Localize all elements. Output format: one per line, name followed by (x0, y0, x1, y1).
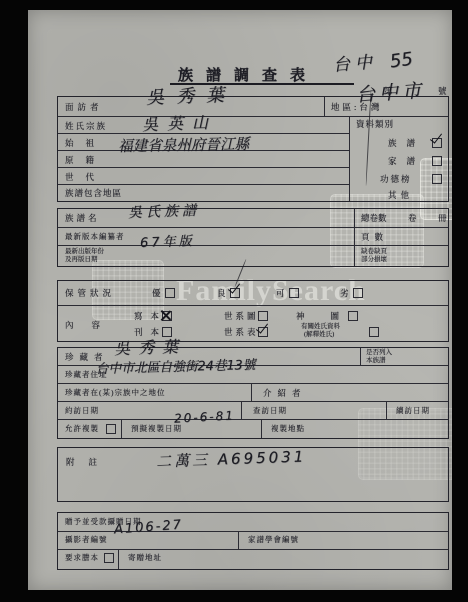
checkbox-icon (104, 553, 114, 563)
surname-info-label-line2: (解釋姓氏) (304, 332, 334, 339)
society-number-label: 家譜學會編號 (248, 536, 299, 544)
surname-info-label-line1: 有關姓氏資料 (301, 324, 340, 331)
origin-label: 原籍 (65, 156, 106, 165)
publication-label-line1: 最新出版年份 (65, 249, 104, 256)
mailing-address-label: 寄贈地址 (128, 554, 162, 562)
genealogy-name-handwritten: 吳氏族譜 (128, 204, 200, 221)
owner-address-handwritten: 台中市北區自強街24巷13號 (95, 359, 255, 376)
publication-label-line2: 及再版日期 (65, 257, 98, 264)
interviewer-handwritten: 吳秀葉 (146, 86, 237, 107)
unit-book-label: 冊 (438, 214, 447, 223)
copy-date-handwritten: 20-6-81 (174, 409, 235, 424)
region-handwritten: 台中 (332, 54, 377, 75)
ancestor-label: 始祖 (65, 139, 106, 148)
content-option-label: 世系表 (224, 328, 259, 337)
district-handwritten: 台中市 (355, 82, 425, 106)
scanned-document-frame: FamilySearch 族譜調查表 台中 55 第 號 面訪者 地區:台灣 姓… (0, 0, 468, 602)
category-other-label: 其他 (388, 191, 413, 200)
owner-handwritten: 吳秀葉 (114, 339, 187, 358)
box-basic-info: 面訪者 地區:台灣 姓氏宗族 始祖 原籍 世代 族譜包含地區 資料類別 族譜 家… (57, 96, 449, 202)
checkbox-icon (369, 327, 379, 337)
content-label: 內容 (65, 321, 118, 330)
visit-date-label: 查訪日期 (253, 407, 287, 415)
copy-place-label: 複製地點 (271, 425, 305, 433)
number-handwritten: 55 (389, 50, 414, 71)
condition-option-label: 良 (217, 289, 226, 298)
condition-label: 保管狀況 (65, 289, 115, 298)
ancestor-handwritten: 吳英山 (142, 115, 218, 134)
unit-volume-label: 卷 (408, 214, 417, 223)
missing-label-line1: 缺卷缺頁 (361, 249, 387, 256)
appointment-date-label: 約訪日期 (65, 407, 99, 415)
category-option-label: 家譜 (388, 157, 425, 166)
permit-copy-label: 允許複製 (65, 425, 99, 433)
introducer-label: 介紹者 (263, 389, 307, 398)
owner-position-label: 珍藏者在(某)宗族中之地位 (65, 389, 166, 397)
condition-option-label: 劣 (340, 289, 349, 298)
pages-label: 頁數 (361, 233, 388, 242)
checkbox-icon (432, 174, 442, 184)
checkbox-icon (353, 288, 363, 298)
form-paper: FamilySearch 族譜調查表 台中 55 第 號 面訪者 地區:台灣 姓… (28, 10, 452, 590)
title-underline (170, 83, 354, 85)
generations-label: 世代 (65, 173, 106, 182)
category-option-label: 族譜 (388, 139, 425, 148)
content-option-label: 世系圖 (224, 312, 259, 321)
form-title: 族譜調查表 (178, 64, 318, 85)
x-mark-icon (160, 310, 171, 321)
checkbox-icon (348, 311, 358, 321)
transcript-request-label: 要求謄本 (65, 554, 99, 562)
clan-label: 姓氏宗族 (65, 122, 107, 131)
volumes-label: 總卷數 (361, 214, 387, 223)
genealogy-name-label: 族譜名 (65, 214, 100, 223)
category-option-label: 功德榜 (380, 175, 412, 184)
category-label: 資料類別 (356, 120, 394, 129)
box-genealogy-info: 族譜名 總卷數 卷 冊 最新版本編纂者 頁數 最新出版年份 及再版日期 缺卷缺頁… (57, 208, 449, 267)
checkbox-icon (432, 156, 442, 166)
checkbox-icon (289, 288, 299, 298)
publication-year-handwritten: 67年版 (140, 235, 195, 250)
missing-label-line2: 部分損壞 (361, 257, 387, 264)
photographer-number-label: 攝影者編號 (65, 536, 108, 544)
checkbox-icon (165, 288, 175, 298)
checkbox-icon (106, 424, 116, 434)
box-donation-info: 贈予並受款攝贈日期 攝影者編號 家譜學會編號 要求謄本 寄贈地址 (57, 512, 449, 570)
owner-label: 珍藏者 (65, 353, 109, 362)
checkbox-icon (162, 327, 172, 337)
notes-label: 附註 (66, 458, 111, 467)
planned-copy-date-label: 預擬複製日期 (131, 425, 182, 433)
coverage-label: 族譜包含地區 (65, 189, 122, 198)
revisit-date-label: 續訪日期 (396, 407, 430, 415)
condition-option-label: 可 (276, 289, 285, 298)
category-cell: 資料類別 族譜 家譜 功德榜 其他 (349, 117, 448, 201)
box-condition-content: 保管狀況 優 良 可 劣 內容 寫本 世系圖 神圖 刊本 世系表 有關姓氏資料 … (57, 280, 449, 342)
origin-handwritten: 福建省泉州府晉江縣 (118, 137, 249, 154)
interviewer-label: 面訪者 (65, 103, 103, 112)
serial-suffix-label: 號 (438, 87, 447, 96)
listed-label-line2: 本族譜 (366, 358, 386, 365)
listed-label-line1: 是否列入 (366, 350, 392, 357)
condition-option-label: 優 (152, 289, 161, 298)
compiler-label: 最新版本編纂者 (65, 233, 125, 241)
